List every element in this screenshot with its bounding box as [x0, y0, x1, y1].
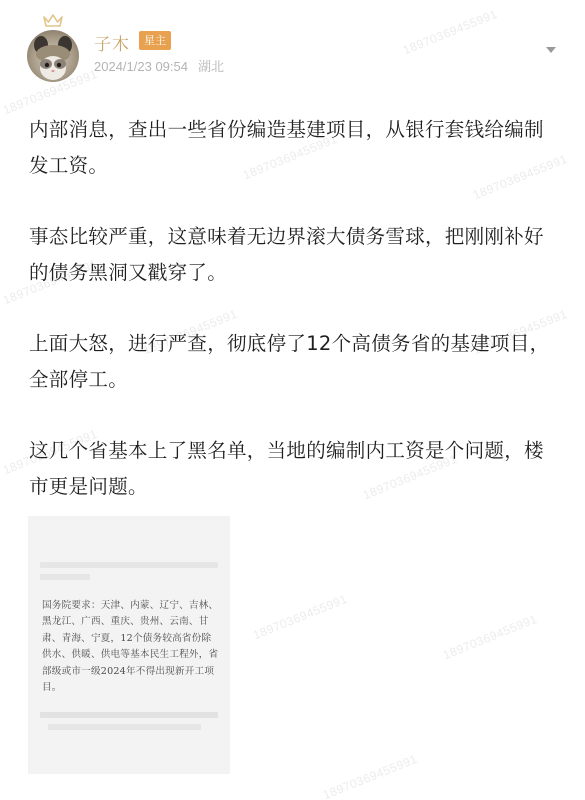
member-badge: 星主 [139, 31, 171, 50]
post-paragraph: 内部消息，查出一些省份编造基建项目，从银行套钱给编制发工资。 [29, 112, 559, 184]
post-location: 湖北 [198, 59, 224, 74]
post-content: 内部消息，查出一些省份编造基建项目，从银行套钱给编制发工资。 事态比较严重，这意… [29, 112, 559, 540]
watermark: 18970369455991 [441, 612, 539, 663]
crown-icon [43, 14, 63, 28]
avatar[interactable] [27, 30, 79, 82]
post-datetime: 2024/1/23 09:54 [94, 59, 188, 74]
post-paragraph: 上面大怒，进行严查，彻底停了12个高债务省的基建项目，全部停工。 [29, 326, 559, 398]
image-text: 国务院要求：天津、内蒙、辽宁、吉林、黑龙江、广西、重庆、贵州、云南、甘肃、青海、… [42, 598, 220, 696]
avatar-container[interactable] [27, 14, 79, 82]
watermark: 18970369455991 [321, 752, 419, 800]
cat-avatar-icon [27, 30, 79, 82]
post-paragraph: 事态比较严重，这意味着无边界滚大债务雪球，把刚刚补好的债务黑洞又戳穿了。 [29, 219, 559, 291]
attached-image[interactable]: 国务院要求：天津、内蒙、辽宁、吉林、黑龙江、广西、重庆、贵州、云南、甘肃、青海、… [28, 516, 230, 774]
chevron-down-icon[interactable] [545, 45, 557, 55]
post-page: 18970369455991 18970369455991 1897036945… [0, 0, 585, 800]
post-meta: 2024/1/23 09:54湖北 [94, 56, 224, 75]
watermark: 18970369455991 [251, 592, 349, 643]
blurred-text-bottom [40, 712, 218, 736]
blurred-text-top [40, 562, 218, 586]
author-name[interactable]: 子木 [94, 30, 130, 55]
post-paragraph: 这几个省基本上了黑名单，当地的编制内工资是个问题，楼市更是问题。 [29, 433, 559, 505]
post-header: 子木 星主 2024/1/23 09:54湖北 [0, 0, 585, 90]
